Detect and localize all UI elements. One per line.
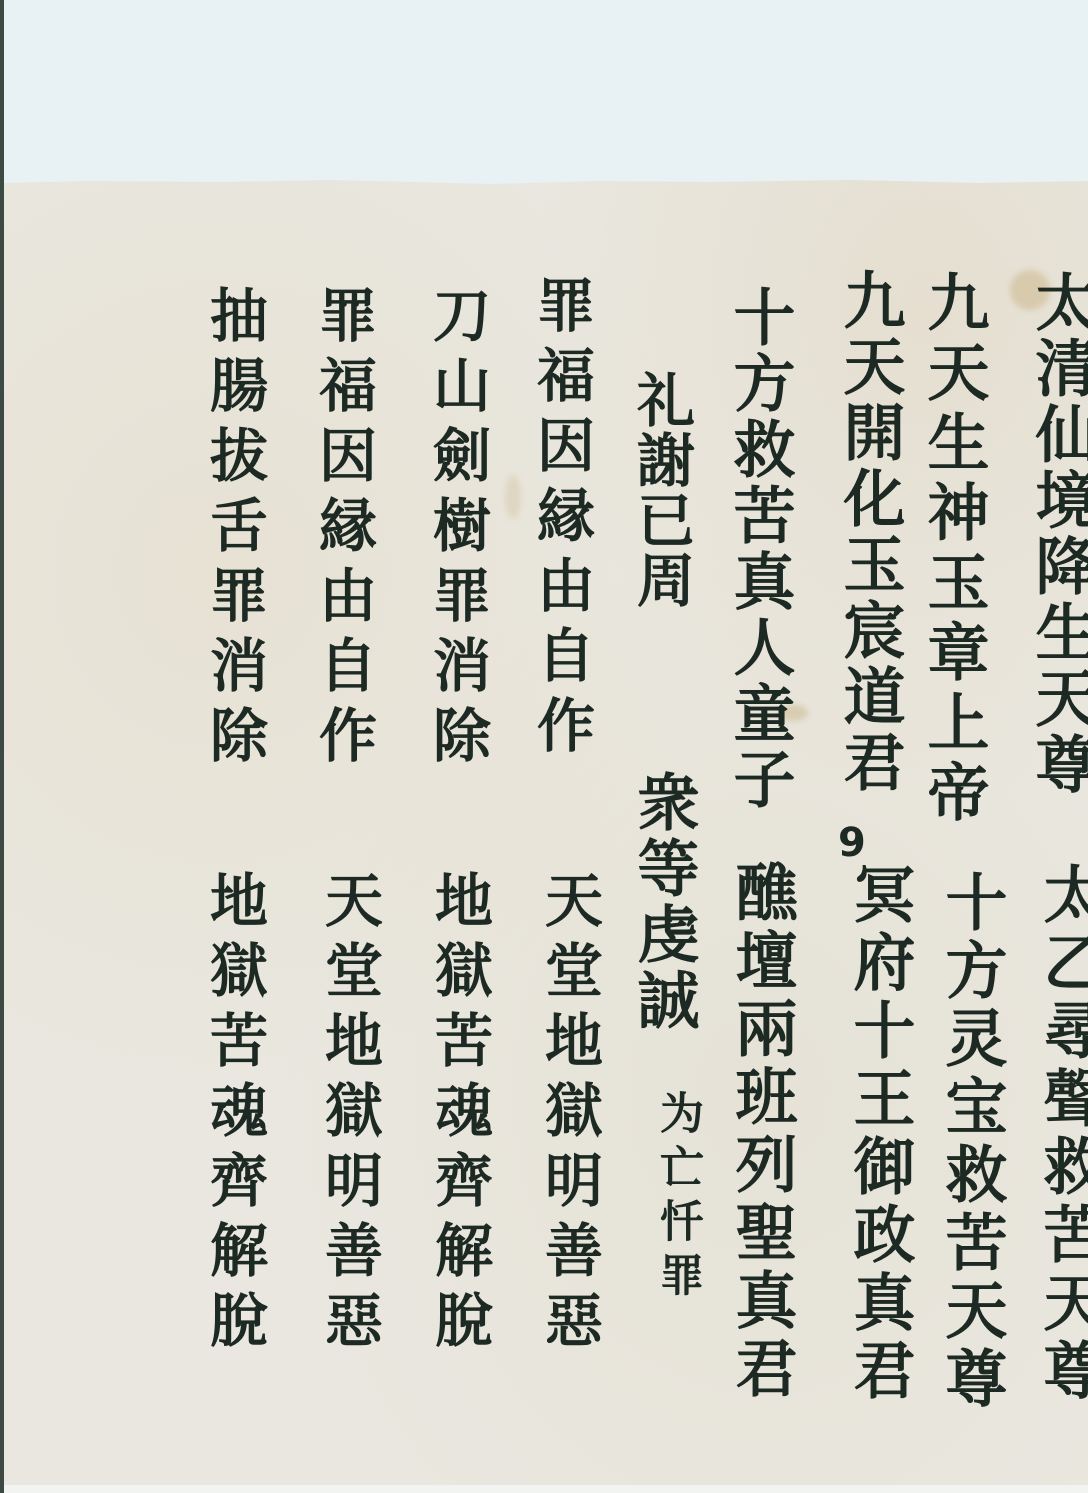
scan-left-edge	[0, 0, 4, 1493]
column-upper-5: 礼謝已周	[632, 370, 690, 610]
scan-bottom-edge	[4, 1485, 1088, 1493]
column-upper-8: 罪福因縁由自作	[314, 285, 372, 775]
column-lower-5: 衆等虔誠	[632, 770, 694, 1034]
paper-stain	[505, 475, 521, 519]
column-lower-4: 醮壇兩班列聖真君	[730, 860, 792, 1404]
column-lower-3: 冥府十王御政真君	[848, 862, 910, 1406]
column-lower-7: 地獄苦魂齊解脫	[430, 870, 488, 1360]
column-upper-7: 刀山劍樹罪消除	[428, 285, 486, 775]
column-upper-6: 罪福因縁由自作	[532, 275, 590, 765]
column-upper-2: 九天生神玉章上帝	[922, 270, 984, 830]
column-lower-9: 地獄苦魂齊解脫	[205, 870, 263, 1360]
column-lower-1: 太乙尋聲救苦天尊	[1038, 862, 1088, 1406]
column-upper-4: 十方救苦真人童子	[728, 285, 790, 813]
column-lower-2: 十方灵宝救苦天尊	[940, 870, 1002, 1414]
column-lower-6: 天堂地獄明善惡	[540, 870, 598, 1360]
column-upper-3: 九天開化玉宸道君	[838, 268, 900, 796]
column-lower-8: 天堂地獄明善惡	[320, 870, 378, 1360]
column-upper-9: 抽腸拔舌罪消除	[205, 285, 263, 775]
annotation-mark: 9	[838, 820, 866, 866]
column-upper-1: 太清仙境降生天尊	[1030, 270, 1088, 798]
column-lower-annotation: 为亡忏罪	[655, 1090, 699, 1306]
